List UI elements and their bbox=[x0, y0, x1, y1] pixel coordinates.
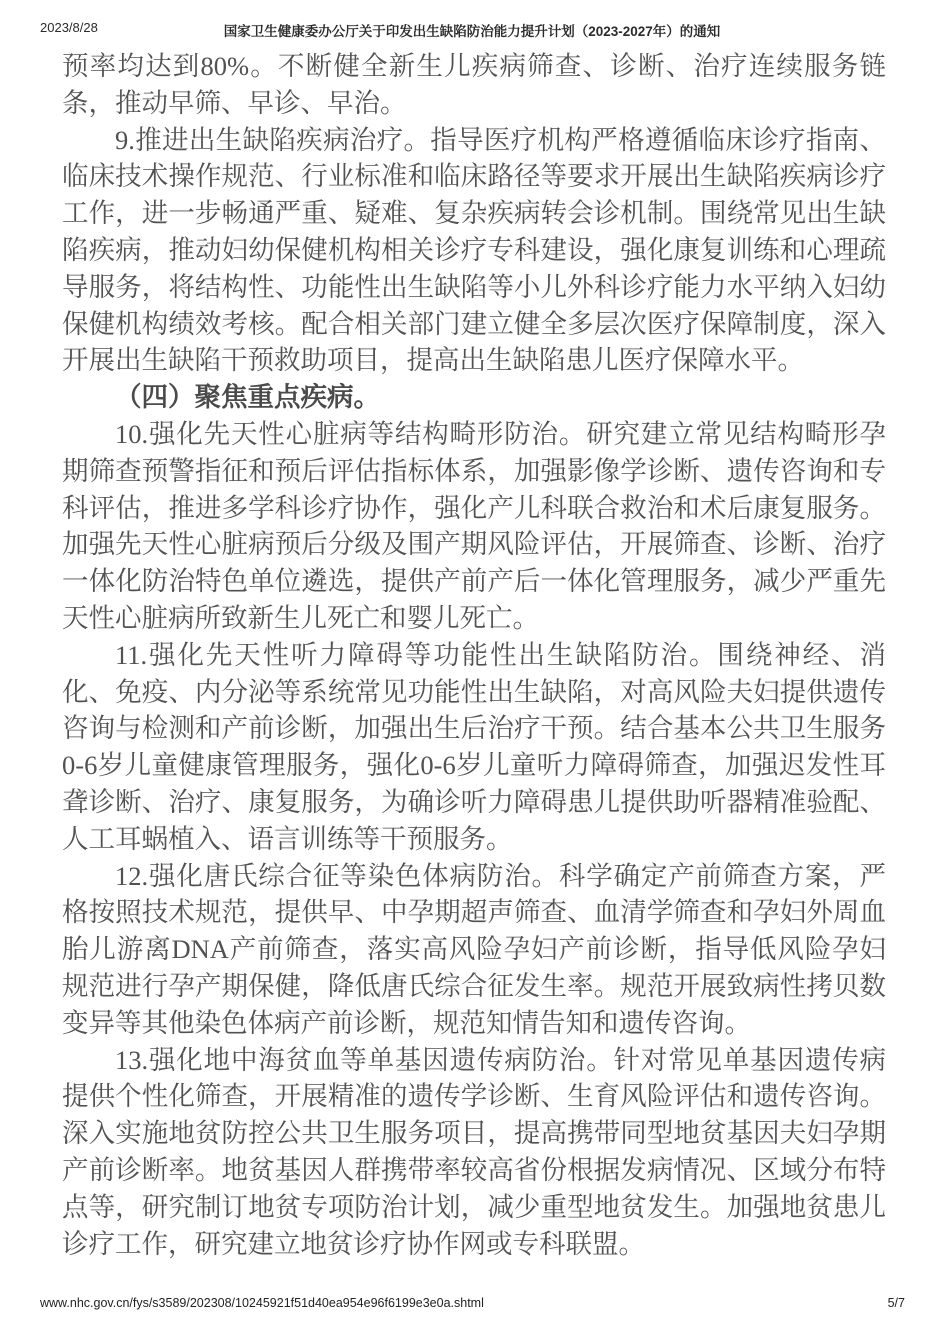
paragraph: 10.强化先天性心脏病等结构畸形防治。研究建立常见结构畸形孕期筛查预警指征和预后… bbox=[62, 416, 886, 637]
print-footer: www.nhc.gov.cn/fys/s3589/202308/10245921… bbox=[0, 1296, 944, 1314]
print-header: 2023/8/28 国家卫生健康委办公厅关于印发出生缺陷防治能力提升计划（202… bbox=[0, 20, 944, 40]
print-preview-page: 2023/8/28 国家卫生健康委办公厅关于印发出生缺陷防治能力提升计划（202… bbox=[0, 0, 944, 1336]
paragraph: 预率均达到80%。不断健全新生儿疾病筛查、诊断、治疗连续服务链条，推动早筛、早诊… bbox=[62, 48, 886, 122]
source-url: www.nhc.gov.cn/fys/s3589/202308/10245921… bbox=[40, 1296, 484, 1310]
page-indicator: 5/7 bbox=[888, 1296, 905, 1310]
paragraph: 13.强化地中海贫血等单基因遗传病防治。针对常见单基因遗传病提供个性化筛查，开展… bbox=[62, 1042, 886, 1263]
paragraph: 12.强化唐氏综合征等染色体病防治。科学确定产前筛查方案，严格按照技术规范，提供… bbox=[62, 858, 886, 1042]
paragraph: 9.推进出生缺陷疾病治疗。指导医疗机构严格遵循临床诊疗指南、临床技术操作规范、行… bbox=[62, 122, 886, 380]
paragraph: （四）聚焦重点疾病。 bbox=[62, 379, 886, 416]
paragraph: 11.强化先天性听力障碍等功能性出生缺陷防治。围绕神经、消化、免疫、内分泌等系统… bbox=[62, 637, 886, 858]
document-body: 预率均达到80%。不断健全新生儿疾病筛查、诊断、治疗连续服务链条，推动早筛、早诊… bbox=[62, 48, 886, 1262]
document-title: 国家卫生健康委办公厅关于印发出生缺陷防治能力提升计划（2023-2027年）的通… bbox=[0, 20, 944, 40]
